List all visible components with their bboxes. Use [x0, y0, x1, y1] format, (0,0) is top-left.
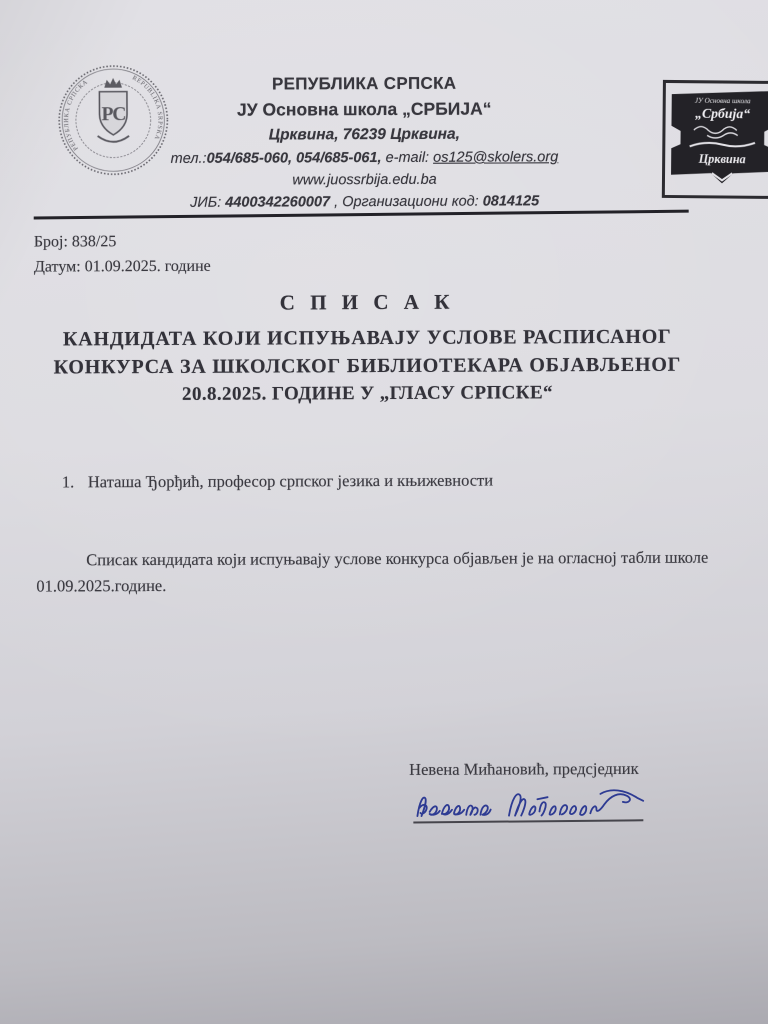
- document-meta: Број: 838/25 Датум: 01.09.2025. године: [34, 229, 211, 280]
- candidate-list: 1. Наташа Ђорђић, професор српског језик…: [62, 471, 493, 493]
- phone-label: тел.:: [171, 151, 207, 167]
- document-sheet: РЕПУБЛИКА СРПСКА REPUBLIKA SRPSKA РС РЕП…: [0, 0, 768, 1024]
- candidate-text: Наташа Ђорђић, професор српског језика и…: [88, 471, 493, 493]
- candidate-number: 1.: [62, 472, 88, 492]
- title-line-4: 20.8.2025. ГОДИНЕ У „ГЛАСУ СРПСКЕ“: [17, 379, 717, 410]
- letterhead-school-name: ЈУ Основна школа „СРБИЈА“: [126, 95, 602, 124]
- org-code-number: 0814125: [483, 193, 540, 209]
- signatory-name: Невена Мићановић, предсједник: [409, 759, 639, 780]
- stamp-place-name: Црквина: [698, 152, 746, 166]
- seal-monogram: РС: [101, 103, 125, 125]
- email-label: e-mail:: [381, 150, 433, 166]
- title-line-3: КОНКУРСА ЗА ШКОЛСКОГ БИБЛИОТЕКАРА ОБЈАВЉ…: [17, 351, 717, 382]
- title-line-1: С П И С А К: [17, 289, 717, 317]
- title-line-2: КАНДИДАТА КОЈИ ИСПУЊАВАЈУ УСЛОВЕ РАСПИСА…: [17, 323, 717, 354]
- school-letterhead: РЕПУБЛИКА СРПСКА ЈУ Основна школа „СРБИЈ…: [126, 71, 603, 214]
- phone-numbers: 054/685-060, 054/685-061,: [207, 150, 382, 167]
- letterhead-country: РЕПУБЛИКА СРПСКА: [126, 71, 602, 97]
- email-address: os125@skolers.org: [433, 149, 558, 166]
- letterhead-contact-line: тел.:054/685-060, 054/685-061, e-mail: o…: [126, 146, 602, 170]
- handwritten-signature: [411, 785, 647, 824]
- school-stamp-emblem: ЈУ Основна школа „Србија“ Црквина: [670, 87, 768, 188]
- candidate-item: 1. Наташа Ђорђић, професор српског језик…: [62, 471, 493, 493]
- stamp-school-name: „Србија“: [695, 106, 750, 122]
- document-date: Датум: 01.09.2025. године: [34, 254, 211, 280]
- seal-crown-icon: [104, 78, 122, 88]
- scanned-document-photo: РЕПУБЛИКА СРПСКА REPUBLIKA SRPSKA РС РЕП…: [0, 0, 768, 1024]
- school-stamp: ЈУ Основна школа „Србија“ Црквина: [662, 80, 768, 199]
- stamp-school-type: ЈУ Основна школа: [695, 97, 751, 106]
- jib-number: 4400342260007: [225, 194, 330, 210]
- seal-wreath-icon: [98, 136, 129, 142]
- body-paragraph: Списак кандидата који испуњавају услове …: [36, 545, 718, 600]
- letterhead-address: Црквина, 76239 Црквина,: [126, 122, 602, 148]
- org-code-label: , Организациони код:: [330, 194, 483, 211]
- document-number: Број: 838/25: [34, 229, 211, 255]
- letterhead-website: www.juossrbija.edu.ba: [127, 168, 603, 192]
- document-title: С П И С А К КАНДИДАТА КОЈИ ИСПУЊАВАЈУ УС…: [17, 289, 718, 410]
- jib-label: ЈИБ:: [190, 195, 225, 211]
